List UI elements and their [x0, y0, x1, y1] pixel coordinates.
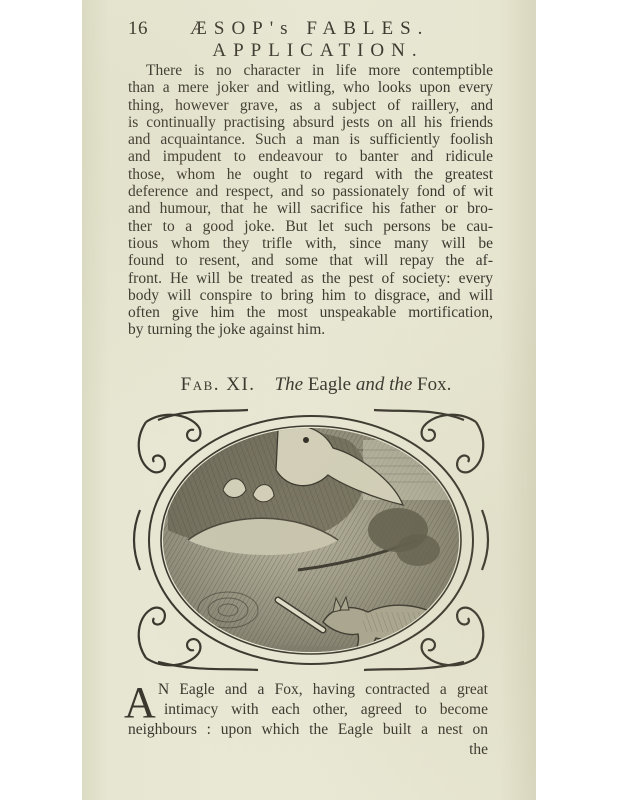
title-part: The: [275, 374, 304, 395]
page-header: 16 ÆSOP's FABLES.: [128, 18, 508, 40]
text-line: ther to a good joke. But let such person…: [128, 218, 493, 235]
title-part: Fox.: [412, 374, 451, 395]
text-line: by turning the joke against him.: [128, 321, 493, 338]
application-heading: APPLICATION.: [82, 40, 536, 62]
page-number: 16: [128, 18, 148, 40]
text-line: thing, however grave, as a subject of ra…: [128, 97, 493, 114]
text-line: intimacy with each other, agreed to beco…: [128, 700, 488, 720]
book-page: 16 ÆSOP's FABLES. APPLICATION. There is …: [82, 0, 536, 800]
drop-cap: A: [124, 683, 156, 723]
text-line: than a mere joker and witling, who looks…: [128, 79, 493, 96]
text-line: and humour, that he will sacrifice his f…: [128, 200, 493, 217]
text-line: N Eagle and a Fox, having contracted a g…: [128, 680, 488, 700]
text-line: body will conspire to bring him to disgr…: [128, 287, 493, 304]
text-line: deference and respect, and so passionate…: [128, 183, 493, 200]
scene: [128, 400, 494, 680]
title-part: Eagle: [303, 374, 356, 395]
application-text: There is no character in life more conte…: [128, 62, 493, 339]
fable-number: Fab. XI.: [181, 374, 256, 395]
text-line: found to resent, and some that will repa…: [128, 252, 493, 269]
catchword: the: [128, 740, 488, 760]
text-line: and impudent to endeavour to banter and …: [128, 148, 493, 165]
text-line: front. He will be treated as the pest of…: [128, 270, 493, 287]
fable-heading: Fab. XI. The Eagle and the Fox.: [82, 373, 536, 397]
text-line: tious whom they trifle with, since many …: [128, 235, 493, 252]
text-line: neighbours : upon which the Eagle built …: [128, 720, 488, 740]
engraving-image: [128, 400, 494, 680]
text-line: There is no character in life more conte…: [128, 62, 493, 79]
running-title: ÆSOP's FABLES.: [190, 18, 429, 40]
text-line: often give him the most unspeakable mort…: [128, 304, 493, 321]
text-line: and acquaintance. Such a man is sufficie…: [128, 131, 493, 148]
fable-title: The Eagle and the Fox.: [275, 374, 452, 395]
fable-text: A N Eagle and a Fox, having contracted a…: [128, 680, 488, 760]
title-part: and the: [356, 374, 412, 395]
text-line: is continually practising absurd jests o…: [128, 114, 493, 131]
fable-illustration: [128, 400, 494, 680]
text-line: those, whom he ought to regard with the …: [128, 166, 493, 183]
